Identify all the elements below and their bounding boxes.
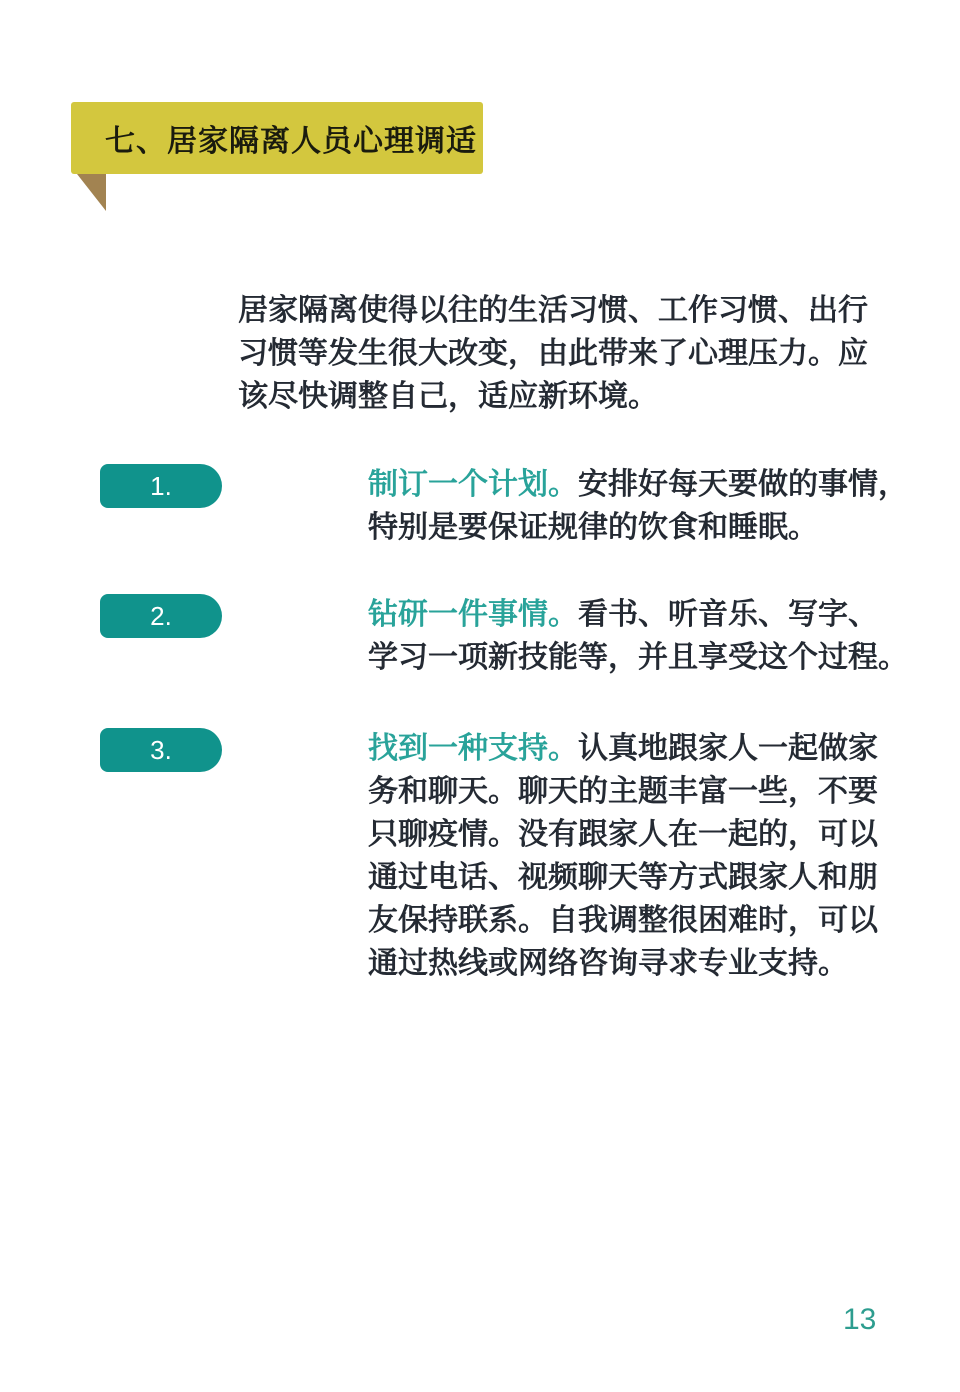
item-number: 1. bbox=[150, 471, 172, 502]
banner-fold-decoration bbox=[77, 174, 106, 211]
item-number-badge: 3. bbox=[100, 728, 222, 772]
item-lead: 制订一个计划。 bbox=[368, 468, 578, 501]
item-lead: 找到一种支持。 bbox=[368, 732, 578, 765]
item-line: 找到一种支持。认真地跟家人一起做家 bbox=[368, 727, 878, 770]
section-title: 七、居家隔离人员心理调适 bbox=[71, 116, 477, 160]
item-line-text: 安排好每天要做的事情， bbox=[578, 468, 908, 501]
item-line: 钻研一件事情。看书、听音乐、写字、 bbox=[368, 593, 908, 636]
item-line-text: 友保持联系。自我调整很困难时，可以 bbox=[368, 899, 878, 942]
item-text: 制订一个计划。安排好每天要做的事情， 特别是要保证规律的饮食和睡眠。 bbox=[368, 463, 908, 549]
item-text: 钻研一件事情。看书、听音乐、写字、 学习一项新技能等，并且享受这个过程。 bbox=[368, 593, 908, 679]
item-line-text: 认真地跟家人一起做家 bbox=[578, 732, 878, 765]
intro-line: 该尽快调整自己，适应新环境。 bbox=[238, 375, 868, 418]
item-lead: 钻研一件事情。 bbox=[368, 598, 578, 631]
item-line: 制订一个计划。安排好每天要做的事情， bbox=[368, 463, 908, 506]
item-line-text: 看书、听音乐、写字、 bbox=[578, 598, 878, 631]
page-number: 13 bbox=[843, 1303, 876, 1337]
item-line-text: 只聊疫情。没有跟家人在一起的，可以 bbox=[368, 813, 878, 856]
item-line-text: 学习一项新技能等，并且享受这个过程。 bbox=[368, 636, 908, 679]
item-number: 2. bbox=[150, 601, 172, 632]
intro-line: 习惯等发生很大改变，由此带来了心理压力。应 bbox=[238, 332, 868, 375]
item-number-badge: 1. bbox=[100, 464, 222, 508]
intro-line: 居家隔离使得以往的生活习惯、工作习惯、出行 bbox=[238, 289, 868, 332]
section-banner: 七、居家隔离人员心理调适 bbox=[71, 102, 483, 174]
item-number-badge: 2. bbox=[100, 594, 222, 638]
item-number: 3. bbox=[150, 735, 172, 766]
item-line-text: 务和聊天。聊天的主题丰富一些，不要 bbox=[368, 770, 878, 813]
item-text: 找到一种支持。认真地跟家人一起做家 务和聊天。聊天的主题丰富一些，不要 只聊疫情… bbox=[368, 727, 878, 985]
item-line-text: 通过热线或网络咨询寻求专业支持。 bbox=[368, 942, 878, 985]
document-page: 七、居家隔离人员心理调适 居家隔离使得以往的生活习惯、工作习惯、出行 习惯等发生… bbox=[0, 0, 960, 1392]
intro-paragraph: 居家隔离使得以往的生活习惯、工作习惯、出行 习惯等发生很大改变，由此带来了心理压… bbox=[238, 289, 868, 418]
item-line-text: 特别是要保证规律的饮食和睡眠。 bbox=[368, 506, 908, 549]
item-line-text: 通过电话、视频聊天等方式跟家人和朋 bbox=[368, 856, 878, 899]
